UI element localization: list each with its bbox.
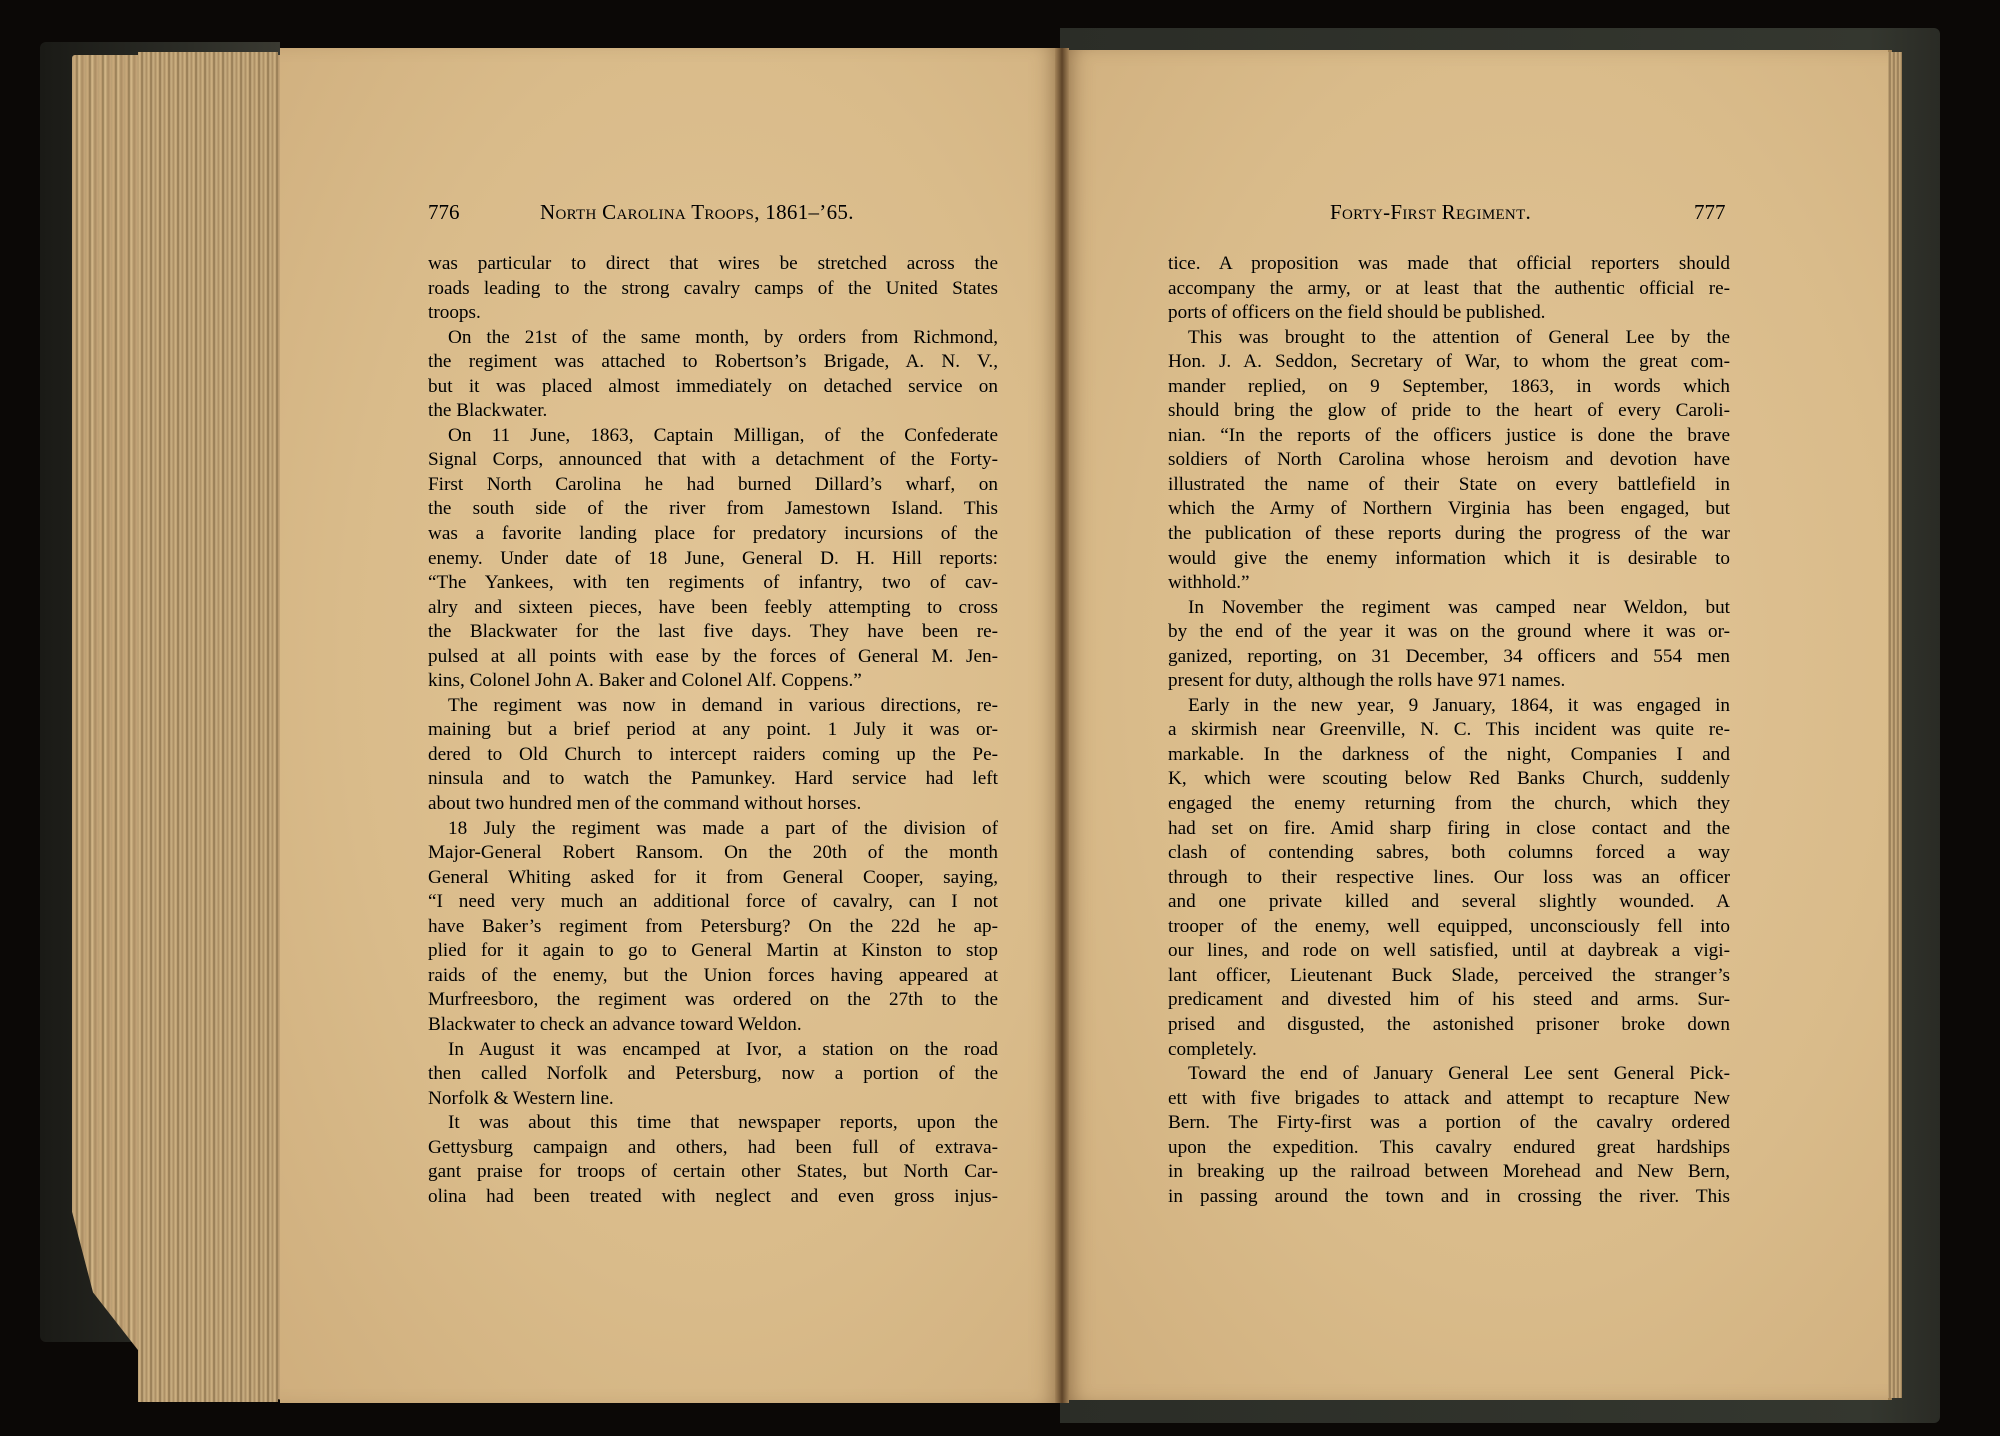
text-line: would give the enemy information which i… — [1168, 547, 1730, 572]
text-line: should bring the glow of pride to the he… — [1168, 399, 1730, 424]
text-line: This was brought to the attention of Gen… — [1168, 326, 1730, 351]
text-line: K, which were scouting below Red Banks C… — [1168, 767, 1730, 792]
text-line: in passing around the town and in crossi… — [1168, 1185, 1730, 1210]
right-running-head: Forty-First Regiment. — [1330, 200, 1531, 225]
text-line: clash of contending sabres, both columns… — [1168, 841, 1730, 866]
text-line: Norfolk & Western line. — [428, 1087, 998, 1112]
text-line: trooper of the enemy, well equipped, unc… — [1168, 915, 1730, 940]
text-line: ninsula and to watch the Pamunkey. Hard … — [428, 767, 998, 792]
text-line: “I need very much an additional force of… — [428, 890, 998, 915]
text-line: tice. A proposition was made that offici… — [1168, 252, 1730, 277]
right-page-body: tice. A proposition was made that offici… — [1168, 252, 1730, 1209]
text-line: markable. In the darkness of the night, … — [1168, 743, 1730, 768]
text-line: which the Army of Northern Virginia has … — [1168, 497, 1730, 522]
text-line: kins, Colonel John A. Baker and Colonel … — [428, 669, 998, 694]
text-line: and one private killed and several sligh… — [1168, 890, 1730, 915]
text-line: upon the expedition. This cavalry endure… — [1168, 1136, 1730, 1161]
text-line: pulsed at all points with ease by the fo… — [428, 645, 998, 670]
text-line: then called Norfolk and Petersburg, now … — [428, 1062, 998, 1087]
text-line: nian. “In the reports of the officers ju… — [1168, 424, 1730, 449]
text-line: maining but a brief period at any point.… — [428, 718, 998, 743]
text-line: but it was placed almost immediately on … — [428, 375, 998, 400]
text-line: enemy. Under date of 18 June, General D.… — [428, 547, 998, 572]
text-line: had set on fire. Amid sharp firing in cl… — [1168, 817, 1730, 842]
text-line: In August it was encamped at Ivor, a sta… — [428, 1038, 998, 1063]
text-line: In November the regiment was camped near… — [1168, 596, 1730, 621]
left-page-body: was particular to direct that wires be s… — [428, 252, 998, 1209]
text-line: raids of the enemy, but the Union forces… — [428, 964, 998, 989]
text-line: through to their respective lines. Our l… — [1168, 866, 1730, 891]
text-line: mander replied, on 9 September, 1863, in… — [1168, 375, 1730, 400]
text-line: On the 21st of the same month, by orders… — [428, 326, 998, 351]
text-line: the south side of the river from Jamesto… — [428, 497, 998, 522]
text-line: Early in the new year, 9 January, 1864, … — [1168, 694, 1730, 719]
text-line: predicament and divested him of his stee… — [1168, 988, 1730, 1013]
text-line: was a favorite landing place for predato… — [428, 522, 998, 547]
text-line: the Blackwater for the last five days. T… — [428, 620, 998, 645]
text-line: in breaking up the railroad between More… — [1168, 1160, 1730, 1185]
text-line: “The Yankees, with ten regiments of infa… — [428, 571, 998, 596]
text-line: It was about this time that newspaper re… — [428, 1111, 998, 1136]
page-edges-inner — [138, 52, 278, 1402]
text-line: ports of officers on the field should be… — [1168, 301, 1730, 326]
text-line: ganized, reporting, on 31 December, 34 o… — [1168, 645, 1730, 670]
text-line: the publication of these reports during … — [1168, 522, 1730, 547]
text-line: alry and sixteen pieces, have been feebl… — [428, 596, 998, 621]
text-line: General Whiting asked for it from Genera… — [428, 866, 998, 891]
left-running-head: North Carolina Troops, 1861–’65. — [540, 200, 854, 225]
text-line: the Blackwater. — [428, 399, 998, 424]
text-line: On 11 June, 1863, Captain Milligan, of t… — [428, 424, 998, 449]
text-line: illustrated the name of their State on e… — [1168, 473, 1730, 498]
text-line: Signal Corps, announced that with a deta… — [428, 448, 998, 473]
text-line: roads leading to the strong cavalry camp… — [428, 277, 998, 302]
text-line: by the end of the year it was on the gro… — [1168, 620, 1730, 645]
text-line: Murfreesboro, the regiment was ordered o… — [428, 988, 998, 1013]
text-line: Hon. J. A. Seddon, Secretary of War, to … — [1168, 350, 1730, 375]
text-line: prised and disgusted, the astonished pri… — [1168, 1013, 1730, 1038]
text-line: withhold.” — [1168, 571, 1730, 596]
text-line: accompany the army, or at least that the… — [1168, 277, 1730, 302]
text-line: our lines, and rode on well satisfied, u… — [1168, 939, 1730, 964]
text-line: olina had been treated with neglect and … — [428, 1185, 998, 1210]
text-line: a skirmish near Greenville, N. C. This i… — [1168, 718, 1730, 743]
text-line: First North Carolina he had burned Dilla… — [428, 473, 998, 498]
text-line: about two hundred men of the command wit… — [428, 792, 998, 817]
text-line: ett with five brigades to attack and att… — [1168, 1087, 1730, 1112]
text-line: Major-General Robert Ransom. On the 20th… — [428, 841, 998, 866]
text-line: was particular to direct that wires be s… — [428, 252, 998, 277]
text-line: Gettysburg campaign and others, had been… — [428, 1136, 998, 1161]
text-line: lant officer, Lieutenant Buck Slade, per… — [1168, 964, 1730, 989]
text-line: Blackwater to check an advance toward We… — [428, 1013, 998, 1038]
text-line: present for duty, although the rolls hav… — [1168, 669, 1730, 694]
text-line: gant praise for troops of certain other … — [428, 1160, 998, 1185]
book-gutter — [1055, 48, 1069, 1403]
text-line: the regiment was attached to Robertson’s… — [428, 350, 998, 375]
text-line: Bern. The Firty-first was a portion of t… — [1168, 1111, 1730, 1136]
text-line: Toward the end of January General Lee se… — [1168, 1062, 1730, 1087]
text-line: plied for it again to go to General Mart… — [428, 939, 998, 964]
text-line: dered to Old Church to intercept raiders… — [428, 743, 998, 768]
right-page-edge — [1888, 52, 1902, 1398]
text-line: engaged the enemy returning from the chu… — [1168, 792, 1730, 817]
left-page-number: 776 — [428, 200, 460, 225]
text-line: 18 July the regiment was made a part of … — [428, 817, 998, 842]
right-page-number: 777 — [1694, 200, 1726, 225]
text-line: troops. — [428, 301, 998, 326]
text-line: completely. — [1168, 1038, 1730, 1063]
text-line: The regiment was now in demand in variou… — [428, 694, 998, 719]
text-line: have Baker’s regiment from Petersburg? O… — [428, 915, 998, 940]
text-line: soldiers of North Carolina whose heroism… — [1168, 448, 1730, 473]
